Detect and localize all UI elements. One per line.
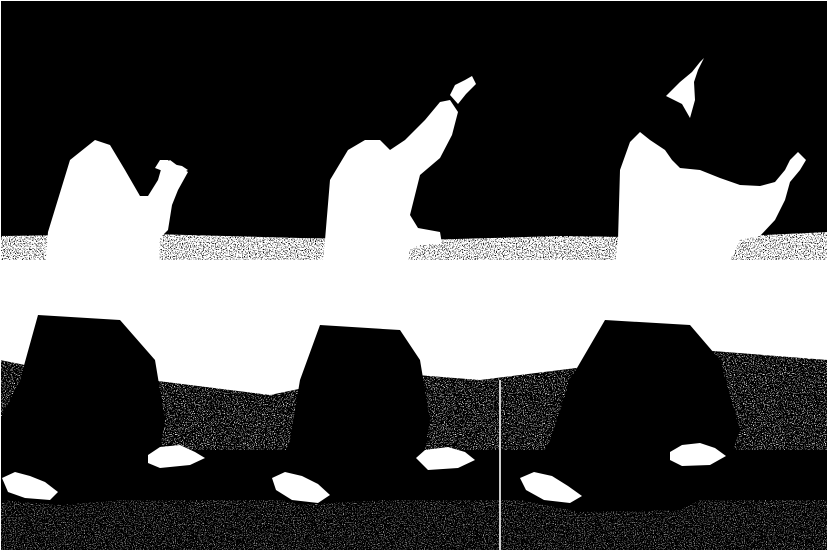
photo-canvas xyxy=(0,0,828,551)
tai-chi-sequence-photo: High-contrast black-and-white photo sequ… xyxy=(0,0,828,551)
floor-noise-edge xyxy=(0,500,828,551)
